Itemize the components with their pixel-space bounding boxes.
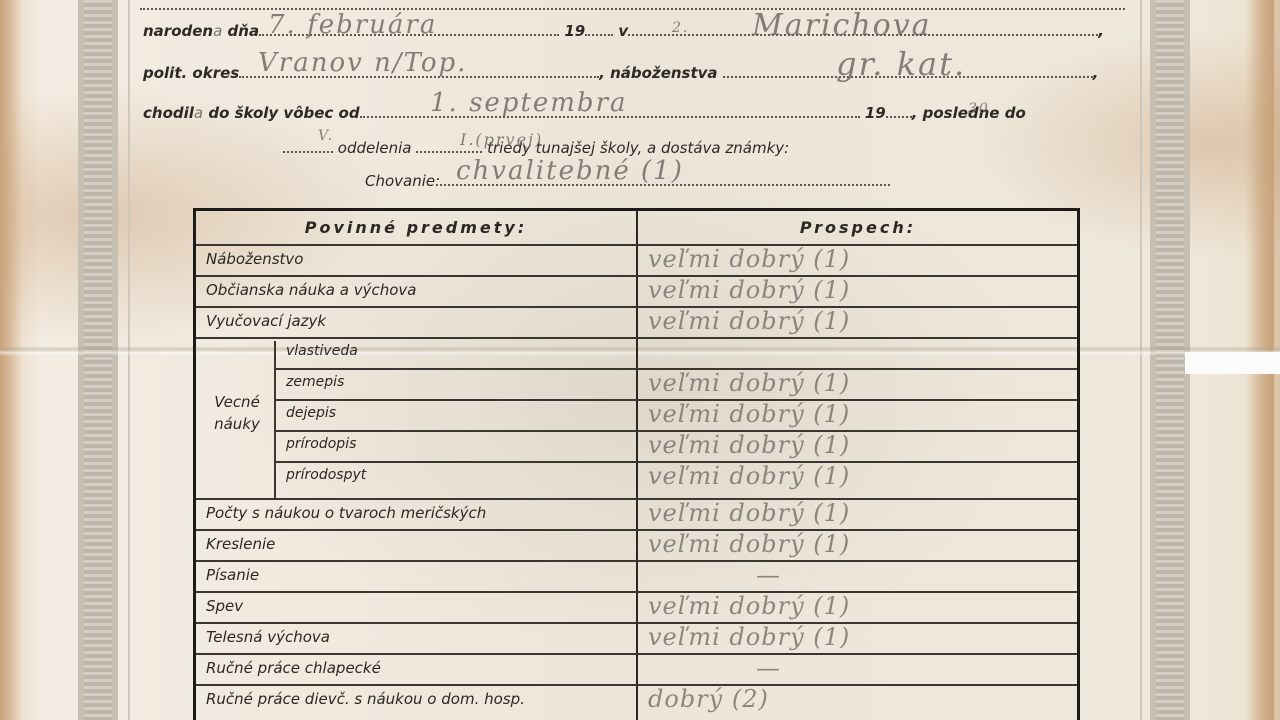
table-row: Vyučovací jazyk veľmi dobrý (1): [196, 306, 1077, 337]
paper-tear: [1185, 352, 1280, 374]
attended-suffix: a: [194, 104, 203, 122]
subject-name: Ručné práce chlapecké: [206, 659, 381, 677]
grades-table: Povinné predmety: Prospech: Náboženstvo …: [193, 208, 1080, 720]
table-row: Ručné práce chlapecké —: [196, 653, 1077, 684]
subject-grade: veľmi dobrý (1): [648, 400, 850, 428]
border-rule-right: [1140, 0, 1142, 720]
table-row: Telesná výchova veľmi dobrý (1): [196, 622, 1077, 653]
division-value: V.: [318, 128, 334, 144]
year-prefix: 19: [564, 22, 585, 40]
place-value: Marichova: [752, 8, 932, 43]
division-label: oddelenia: [338, 139, 412, 157]
subject-grade: veľmi dobrý (1): [648, 276, 850, 304]
attended-year-value: 30: [968, 101, 990, 117]
subject-grade: veľmi dobrý (1): [648, 592, 850, 620]
subject-name: Kreslenie: [206, 535, 275, 553]
border-rule-left: [128, 0, 130, 720]
in-label: v: [618, 22, 628, 40]
subject-name: Počty s náukou o tvaroch meričských: [206, 504, 486, 522]
year-value: 2.: [672, 20, 689, 36]
table-row: Spev veľmi dobrý (1): [196, 591, 1077, 622]
subject-grade: dobrý (2): [648, 685, 769, 713]
subject-name: zemepis: [286, 374, 344, 390]
day-value: 7. februára: [268, 10, 437, 40]
subject-grade: —: [756, 654, 781, 682]
subject-name: Vyučovací jazyk: [206, 312, 326, 330]
subject-grade: veľmi dobrý (1): [648, 245, 850, 273]
born-label: naroden: [143, 22, 213, 40]
attended-from-value: 1. septembra: [430, 88, 628, 118]
ornamental-border-left: [78, 0, 118, 720]
subject-grade: veľmi dobrý (1): [648, 462, 850, 490]
table-subrow: dejepis veľmi dobrý (1): [276, 399, 1077, 430]
subject-grade: veľmi dobrý (1): [648, 431, 850, 459]
table-row: Počty s náukou o tvaroch meričských veľm…: [196, 498, 1077, 529]
subject-name: prírodospyt: [286, 467, 366, 483]
born-suffix: a: [213, 22, 222, 40]
subject-name: Ručné práce dievč. s náukou o dom. hosp.: [206, 690, 525, 708]
class-value: I.(prvej): [460, 130, 543, 149]
religion-value: gr. kat.: [836, 45, 966, 83]
behavior-label: Chovanie:: [365, 172, 440, 190]
subject-grade: —: [756, 561, 781, 589]
table-row: Občianska náuka a výchova veľmi dobrý (1…: [196, 275, 1077, 306]
ornamental-border-right: [1150, 0, 1190, 720]
subject-grade: veľmi dobrý (1): [648, 499, 850, 527]
subject-grade: veľmi dobrý (1): [648, 369, 850, 397]
district-label: polit. okres: [143, 64, 239, 82]
subject-name: dejepis: [286, 405, 336, 421]
subject-name: Občianska náuka a výchova: [206, 281, 416, 299]
column-header-grades: Prospech:: [638, 211, 1078, 244]
table-subrow: vlastiveda: [276, 337, 1077, 368]
subject-name: vlastiveda: [286, 343, 358, 359]
subject-name: Telesná výchova: [206, 628, 330, 646]
attended-label: chodil: [143, 104, 194, 122]
behavior-value: chvalitebné (1): [456, 156, 684, 186]
subject-grade: veľmi dobrý (1): [648, 623, 850, 651]
subject-grade: veľmi dobrý (1): [648, 307, 850, 335]
subject-grade: veľmi dobrý (1): [648, 530, 850, 558]
group-label: Vecné náuky: [204, 391, 270, 435]
table-subrow: zemepis veľmi dobrý (1): [276, 368, 1077, 399]
table-row: Kreslenie veľmi dobrý (1): [196, 529, 1077, 560]
attended-year-prefix: 19: [865, 104, 886, 122]
column-header-subjects: Povinné predmety:: [196, 211, 636, 244]
paper-stain-left: [0, 0, 22, 720]
attended-text: do školy vôbec od: [208, 104, 359, 122]
document-page: narodena dňa 19 v, 7. februára 2. Marich…: [0, 0, 1280, 720]
table-row: Náboženstvo veľmi dobrý (1): [196, 244, 1077, 275]
group-top-rule: [196, 337, 276, 368]
subject-name: Náboženstvo: [206, 250, 303, 268]
table-row: Písanie —: [196, 560, 1077, 591]
subject-name: Spev: [206, 597, 243, 615]
district-value: Vranov n/Top.: [258, 48, 467, 78]
religion-label: náboženstva: [610, 64, 717, 82]
day-label: dňa: [228, 22, 260, 40]
table-subrow: prírodospyt veľmi dobrý (1): [276, 461, 1077, 492]
table-row: Ručné práce dievč. s náukou o dom. hosp.…: [196, 684, 1077, 715]
table-subrow: prírodopis veľmi dobrý (1): [276, 430, 1077, 461]
subject-name: Písanie: [206, 566, 259, 584]
subject-name: prírodopis: [286, 436, 356, 452]
